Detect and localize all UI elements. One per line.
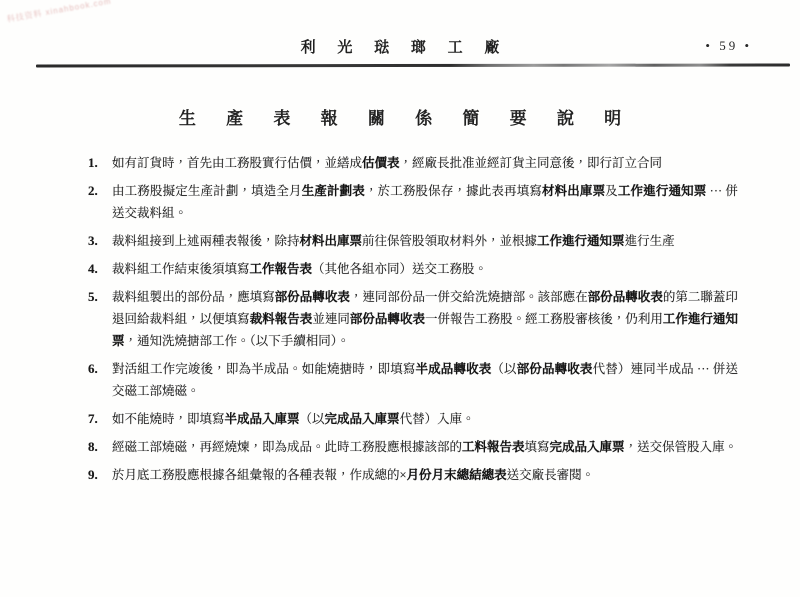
form-name: 材料出庫票: [542, 184, 605, 198]
item-number: 1.: [88, 152, 112, 174]
text-segment: （其他各組亦同）送交工務股。: [312, 262, 487, 276]
page-number: • 59 •: [705, 38, 752, 54]
item-number: 9.: [88, 464, 112, 486]
text-segment: 如有訂貨時，首先由工務股實行估價，並繕成: [112, 156, 362, 170]
list-item: 3.裁料組接到上述兩種表報後，除持材料出庫票前往保管股領取材料外，並根據工作進行…: [88, 230, 738, 252]
form-name: 工料報告表: [462, 440, 525, 454]
header-divider: [36, 63, 790, 67]
text-segment: （以: [491, 362, 516, 376]
list-item: 7.如不能燒時，即填寫半成品入庫票（以完成品入庫票代替）入庫。: [88, 408, 738, 430]
list-item: 5.裁料組製出的部份品，應填寫部份品轉收表，連同部份品一併交給洗燒搪部。該部應在…: [88, 286, 738, 352]
form-name: 部份品轉收表: [275, 290, 350, 304]
list-item: 8.經磁工部燒磁，再經燒煉，即為成品。此時工務股應根據該部的工料報告表填寫完成品…: [88, 436, 738, 458]
text-segment: 裁料組製出的部份品，應填寫: [112, 290, 275, 304]
list-item: 1.如有訂貨時，首先由工務股實行估價，並繕成估價表，經廠長批准並經訂貨主同意後，…: [88, 152, 738, 174]
text-segment: 裁料組工作結束後須填寫: [112, 262, 250, 276]
form-name: 部份品轉收表: [517, 362, 593, 376]
form-name: 估價表: [362, 156, 400, 170]
text-segment: 及: [605, 184, 618, 198]
item-number: 5.: [88, 286, 112, 308]
item-text: 裁料組製出的部份品，應填寫部份品轉收表，連同部份品一併交給洗燒搪部。該部應在部份…: [112, 286, 738, 352]
form-name: 生產計劃表: [302, 184, 365, 198]
list-item: 6.對活組工作完竣後，即為半成品。如能燒搪時，即填寫半成品轉收表（以部份品轉收表…: [88, 358, 738, 402]
numbered-list: 1.如有訂貨時，首先由工務股實行估價，並繕成估價表，經廠長批准並經訂貨主同意後，…: [88, 152, 738, 492]
text-segment: 於月底工務股應根據各組彙報的各種表報，作成總的×: [112, 468, 407, 482]
form-name: 裁料報告表: [250, 312, 313, 326]
text-segment: ，經廠長批准並經訂貨主同意後，即行訂立合同: [400, 156, 663, 170]
item-number: 6.: [88, 358, 112, 380]
form-name: 材料出庫票: [300, 234, 363, 248]
text-segment: 填寫: [525, 440, 550, 454]
item-text: 由工務股擬定生產計劃，填造全月生產計劃表，於工務股保存，據此表再填寫材料出庫票及…: [112, 180, 738, 224]
item-text: 經磁工部燒磁，再經燒煉，即為成品。此時工務股應根據該部的工料報告表填寫完成品入庫…: [112, 436, 738, 458]
text-segment: 送交廠長審閱。: [507, 468, 595, 482]
item-text: 於月底工務股應根據各組彙報的各種表報，作成總的×月份月末總結總表送交廠長審閱。: [112, 464, 738, 486]
text-segment: 並連同: [312, 312, 350, 326]
form-name: 工作報告表: [250, 262, 313, 276]
document-title: 生 產 表 報 關 係 簡 要 說 明: [0, 104, 800, 129]
item-number: 7.: [88, 408, 112, 430]
text-segment: （以: [300, 412, 325, 426]
text-segment: 前往保管股領取材料外，並根據: [362, 234, 537, 248]
list-item: 2.由工務股擬定生產計劃，填造全月生產計劃表，於工務股保存，據此表再填寫材料出庫…: [88, 180, 738, 224]
scanned-page: 科技资料 xinahbook.com 利 光 琺 瑯 工 廠 • 59 • 生 …: [0, 0, 800, 597]
text-segment: 經磁工部燒磁，再經燒煉，即為成品。此時工務股應根據該部的: [112, 440, 462, 454]
item-text: 如有訂貨時，首先由工務股實行估價，並繕成估價表，經廠長批准並經訂貨主同意後，即行…: [112, 152, 738, 174]
item-number: 2.: [88, 180, 112, 202]
item-text: 對活組工作完竣後，即為半成品。如能燒搪時，即填寫半成品轉收表（以部份品轉收表代替…: [112, 358, 738, 402]
list-item: 4.裁料組工作結束後須填寫工作報告表（其他各組亦同）送交工務股。: [88, 258, 738, 280]
form-name: 完成品入庫票: [550, 440, 625, 454]
item-number: 4.: [88, 258, 112, 280]
item-number: 8.: [88, 436, 112, 458]
form-name: 工作進行通知票: [537, 234, 625, 248]
text-segment: 進行生產: [625, 234, 675, 248]
scan-content: 科技资料 xinahbook.com 利 光 琺 瑯 工 廠 • 59 • 生 …: [0, 0, 800, 597]
text-segment: 代替）連同半成品: [593, 362, 694, 376]
text-segment: ，送交保管股入庫。: [625, 440, 738, 454]
item-number: 3.: [88, 230, 112, 252]
form-name: 半成品轉收表: [416, 362, 492, 376]
item-text: 裁料組工作結束後須填寫工作報告表（其他各組亦同）送交工務股。: [112, 258, 738, 280]
form-name: 完成品入庫票: [325, 412, 400, 426]
text-segment: 如不能燒時，即填寫: [112, 412, 225, 426]
form-name: 工作進行通知票: [618, 184, 707, 198]
form-name: 部份品轉收表: [350, 312, 425, 326]
form-name: 部份品轉收表: [588, 290, 663, 304]
text-segment: 由工務股擬定生產計劃，填造全月: [112, 184, 302, 198]
list-item: 9.於月底工務股應根據各組彙報的各種表報，作成總的×月份月末總結總表送交廠長審閱…: [88, 464, 738, 486]
text-segment: ，通知洗燒搪部工作。（以下手續相同）。: [125, 334, 350, 348]
text-segment: 一併報告工務股。經工務股審核後，仍利用: [425, 312, 663, 326]
text-segment: ，連同部份品一併交給洗燒搪部。該部應在: [350, 290, 588, 304]
item-text: 裁料組接到上述兩種表報後，除持材料出庫票前往保管股領取材料外，並根據工作進行通知…: [112, 230, 738, 252]
text-segment: ，於工務股保存，據此表再填寫: [365, 184, 542, 198]
text-segment: 代替）入庫。: [400, 412, 475, 426]
form-name: 半成品入庫票: [225, 412, 300, 426]
watermark: 科技资料 xinahbook.com: [6, 0, 112, 25]
text-segment: 對活組工作完竣後，即為半成品。如能燒搪時，即填寫: [112, 362, 416, 376]
form-name: 月份月末總結總表: [407, 468, 507, 482]
text-segment: 裁料組接到上述兩種表報後，除持: [112, 234, 300, 248]
item-text: 如不能燒時，即填寫半成品入庫票（以完成品入庫票代替）入庫。: [112, 408, 738, 430]
factory-name: 利 光 琺 瑯 工 廠: [0, 36, 800, 57]
